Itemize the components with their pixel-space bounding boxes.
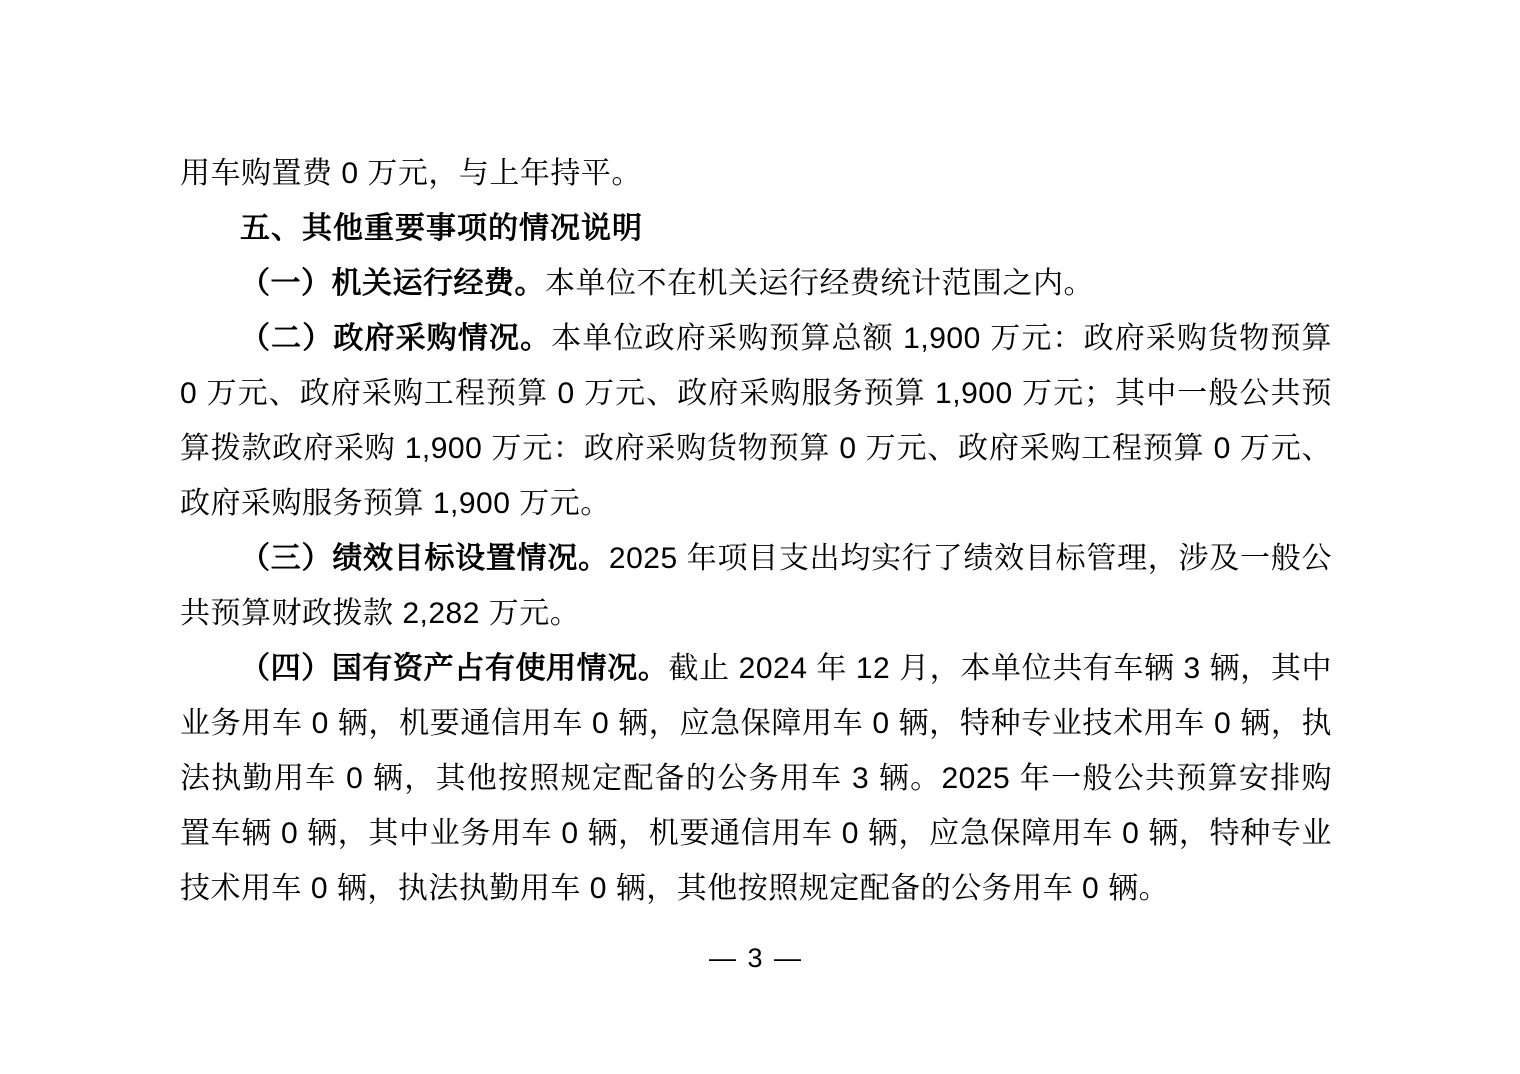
paragraph-item-4: （四）国有资产占有使用情况。截止 2024 年 12 月，本单位共有车辆 3 辆… bbox=[180, 641, 1332, 916]
paragraph-item-3: （三）绩效目标设置情况。2025 年项目支出均实行了绩效目标管理，涉及一般公共预… bbox=[180, 531, 1332, 641]
paragraph-lead: （四）国有资产占有使用情况。 bbox=[240, 652, 668, 685]
paragraph-text: 本单位不在机关运行经费统计范围之内。 bbox=[545, 267, 1094, 300]
paragraph-continuation: 用车购置费 0 万元，与上年持平。 bbox=[180, 146, 1332, 201]
paragraph-lead: （一）机关运行经费。 bbox=[240, 267, 545, 300]
document-page: 用车购置费 0 万元，与上年持平。 五、其他重要事项的情况说明 （一）机关运行经… bbox=[0, 0, 1520, 1074]
section-heading: 五、其他重要事项的情况说明 bbox=[180, 201, 1332, 256]
paragraph-text: 截止 2024 年 12 月，本单位共有车辆 3 辆，其中业务用车 0 辆，机要… bbox=[180, 652, 1332, 905]
paragraph-lead: （三）绩效目标设置情况。 bbox=[240, 542, 609, 575]
page-number: — 3 — bbox=[180, 940, 1332, 976]
paragraph-item-2: （二）政府采购情况。本单位政府采购预算总额 1,900 万元：政府采购货物预算 … bbox=[180, 311, 1332, 531]
document-body: 用车购置费 0 万元，与上年持平。 五、其他重要事项的情况说明 （一）机关运行经… bbox=[180, 146, 1332, 916]
paragraph-item-1: （一）机关运行经费。本单位不在机关运行经费统计范围之内。 bbox=[180, 256, 1332, 311]
paragraph-lead: （二）政府采购情况。 bbox=[240, 322, 551, 355]
